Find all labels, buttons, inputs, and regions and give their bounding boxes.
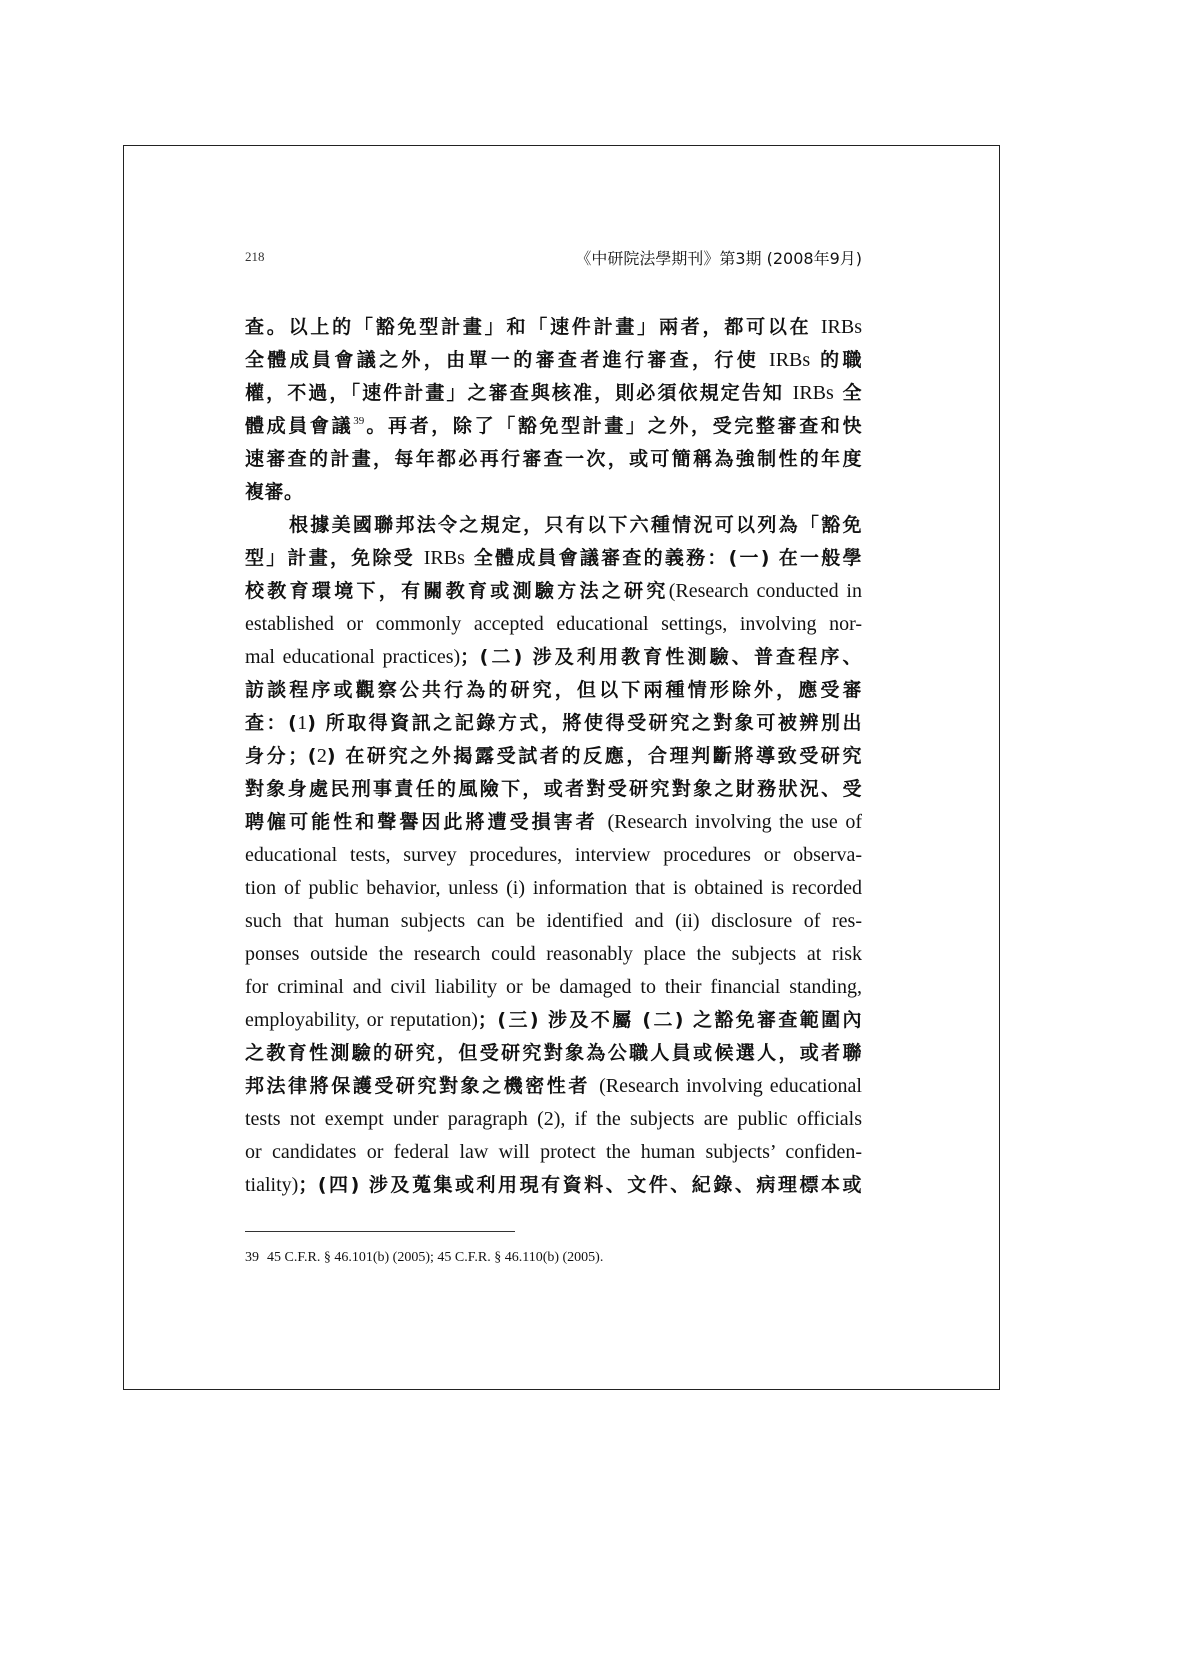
text-line: 查：(1) 所取得資訊之記錄方式，將使得受研究之對象可被辨別出 [245,707,862,740]
text-line: tiality)；(四) 涉及蒐集或利用現有資料、文件、紀錄、病理標本或 [245,1169,862,1202]
text-segment: tests not exempt under paragraph (2), if… [245,1108,862,1130]
text-segment: ；(三) 涉及不屬 (二) 之豁免審查範圍內 [478,1009,862,1031]
text-segment: ) 在研究之外揭露受試者的反應，合理判斷將導致受研究 [327,745,862,767]
text-line: tion of public behavior, unless (i) info… [245,872,862,905]
text-line: 型」計畫，免除受 IRBs 全體成員會議審查的義務：(一) 在一般學 [245,542,862,575]
text-line: 全體成員會議之外，由單一的審查者進行審查，行使 IRBs 的職 [245,344,862,377]
text-segment: 全體成員會議之外，由單一的審查者進行審查，行使 [245,349,769,371]
text-line: ponses outside the research could reason… [245,938,862,971]
text-segment: 根據美國聯邦法令之規定，只有以下六種情況可以列為「豁免 [289,514,862,536]
text-segment: for criminal and civil liability or be d… [245,976,862,998]
text-segment: 全體成員會議審查的義務：(一) 在一般學 [465,547,862,569]
text-segment: tion of public behavior, unless (i) info… [245,877,862,899]
text-segment: 1 [297,712,307,734]
text-line: 身分；(2) 在研究之外揭露受試者的反應，合理判斷將導致受研究 [245,740,862,773]
text-segment: ) 所取得資訊之記錄方式，將使得受研究之對象可被辨別出 [307,712,862,734]
text-line: mal educational practices)；(二) 涉及利用教育性測驗… [245,641,862,674]
page-number: 218 [245,249,265,265]
text-segment: educational tests, survey procedures, in… [245,844,862,866]
text-segment: (Research conducted in [669,580,862,602]
footnote-ref: 39 [353,415,364,427]
footnote-divider [245,1231,515,1232]
footnote-39: 3945 C.F.R. § 46.101(b) (2005); 45 C.F.R… [245,1250,603,1266]
text-line: 對象身處民刑事責任的風險下，或者對受研究對象之財務狀況、受 [245,773,862,806]
text-line: 聘僱可能性和聲譽因此將遭受損害者 (Research involving the… [245,806,862,839]
text-segment: IRBs [769,349,810,371]
text-line: 邦法律將保護受研究對象之機密性者 (Research involving edu… [245,1070,862,1103]
text-line: 之教育性測驗的研究，但受研究對象為公職人員或候選人，或者聯 [245,1037,862,1070]
text-segment: 的職 [810,349,862,371]
text-segment: 2 [317,745,327,767]
text-segment: 體成員會議 [245,415,353,437]
text-segment: 訪談程序或觀察公共行為的研究，但以下兩種情形除外，應受審 [245,679,862,701]
text-segment: (Research involving educational [599,1075,862,1097]
text-line: 權，不過，「速件計畫」之審查與核准，則必須依規定告知 IRBs 全 [245,377,862,410]
text-segment: 權，不過，「速件計畫」之審查與核准，則必須依規定告知 [245,382,793,404]
text-line: for criminal and civil liability or be d… [245,971,862,1004]
text-line: 校教育環境下，有關教育或測驗方法之研究(Research conducted i… [245,575,862,608]
text-line: 查。以上的「豁免型計畫」和「速件計畫」兩者，都可以在 IRBs [245,311,862,344]
text-segment: IRBs [424,547,465,569]
text-line: 根據美國聯邦法令之規定，只有以下六種情況可以列為「豁免 [245,509,862,542]
text-segment: established or commonly accepted educati… [245,613,862,635]
text-line: 體成員會議39。再者，除了「豁免型計畫」之外，受完整審查和快 [245,410,862,443]
text-line: tests not exempt under paragraph (2), if… [245,1103,862,1136]
text-segment: (Research involving the use of [607,811,862,833]
text-segment: 聘僱可能性和聲譽因此將遭受損害者 [245,811,607,833]
text-segment: 複審。 [245,481,304,503]
text-segment: ；(二) 涉及利用教育性測驗、普查程序、 [460,646,862,668]
body-text: 查。以上的「豁免型計畫」和「速件計畫」兩者，都可以在 IRBs全體成員會議之外，… [245,311,862,1202]
text-segment: or candidates or federal law will protec… [245,1141,862,1163]
text-segment: IRBs [821,316,862,338]
text-line: or candidates or federal law will protec… [245,1136,862,1169]
text-segment: employability, or reputation) [245,1009,478,1031]
text-segment: 。再者，除了「豁免型計畫」之外，受完整審查和快 [364,415,862,437]
text-segment: ponses outside the research could reason… [245,943,862,965]
text-segment: 查。以上的「豁免型計畫」和「速件計畫」兩者，都可以在 [245,316,821,338]
text-segment: 之教育性測驗的研究，但受研究對象為公職人員或候選人，或者聯 [245,1042,862,1064]
text-segment: mal educational practices) [245,646,460,668]
text-segment: 對象身處民刑事責任的風險下，或者對受研究對象之財務狀況、受 [245,778,862,800]
text-line: such that human subjects can be identifi… [245,905,862,938]
text-line: established or commonly accepted educati… [245,608,862,641]
text-line: 速審查的計畫，每年都必再行審查一次，或可簡稱為強制性的年度 [245,443,862,476]
text-line: employability, or reputation)；(三) 涉及不屬 (… [245,1004,862,1037]
text-segment: 身分；( [245,745,317,767]
running-header: 218 《中研院法學期刊》第3期 (2008年9月) [245,246,862,268]
text-segment: 邦法律將保護受研究對象之機密性者 [245,1075,599,1097]
text-segment: 查：( [245,712,297,734]
text-segment: such that human subjects can be identifi… [245,910,862,932]
text-segment: ；(四) 涉及蒐集或利用現有資料、文件、紀錄、病理標本或 [298,1174,862,1196]
text-segment: IRBs [793,382,834,404]
text-line: 訪談程序或觀察公共行為的研究，但以下兩種情形除外，應受審 [245,674,862,707]
text-segment: 速審查的計畫，每年都必再行審查一次，或可簡稱為強制性的年度 [245,448,862,470]
footnote-text: 45 C.F.R. § 46.101(b) (2005); 45 C.F.R. … [267,1250,603,1265]
text-line: educational tests, survey procedures, in… [245,839,862,872]
text-line: 複審。 [245,476,862,509]
text-segment: 校教育環境下，有關教育或測驗方法之研究 [245,580,669,602]
footnote-number: 39 [245,1250,259,1265]
text-segment: tiality) [245,1174,298,1196]
text-segment: 全 [834,382,862,404]
journal-title: 《中研院法學期刊》第3期 (2008年9月) [575,246,862,269]
text-segment: 型」計畫，免除受 [245,547,424,569]
